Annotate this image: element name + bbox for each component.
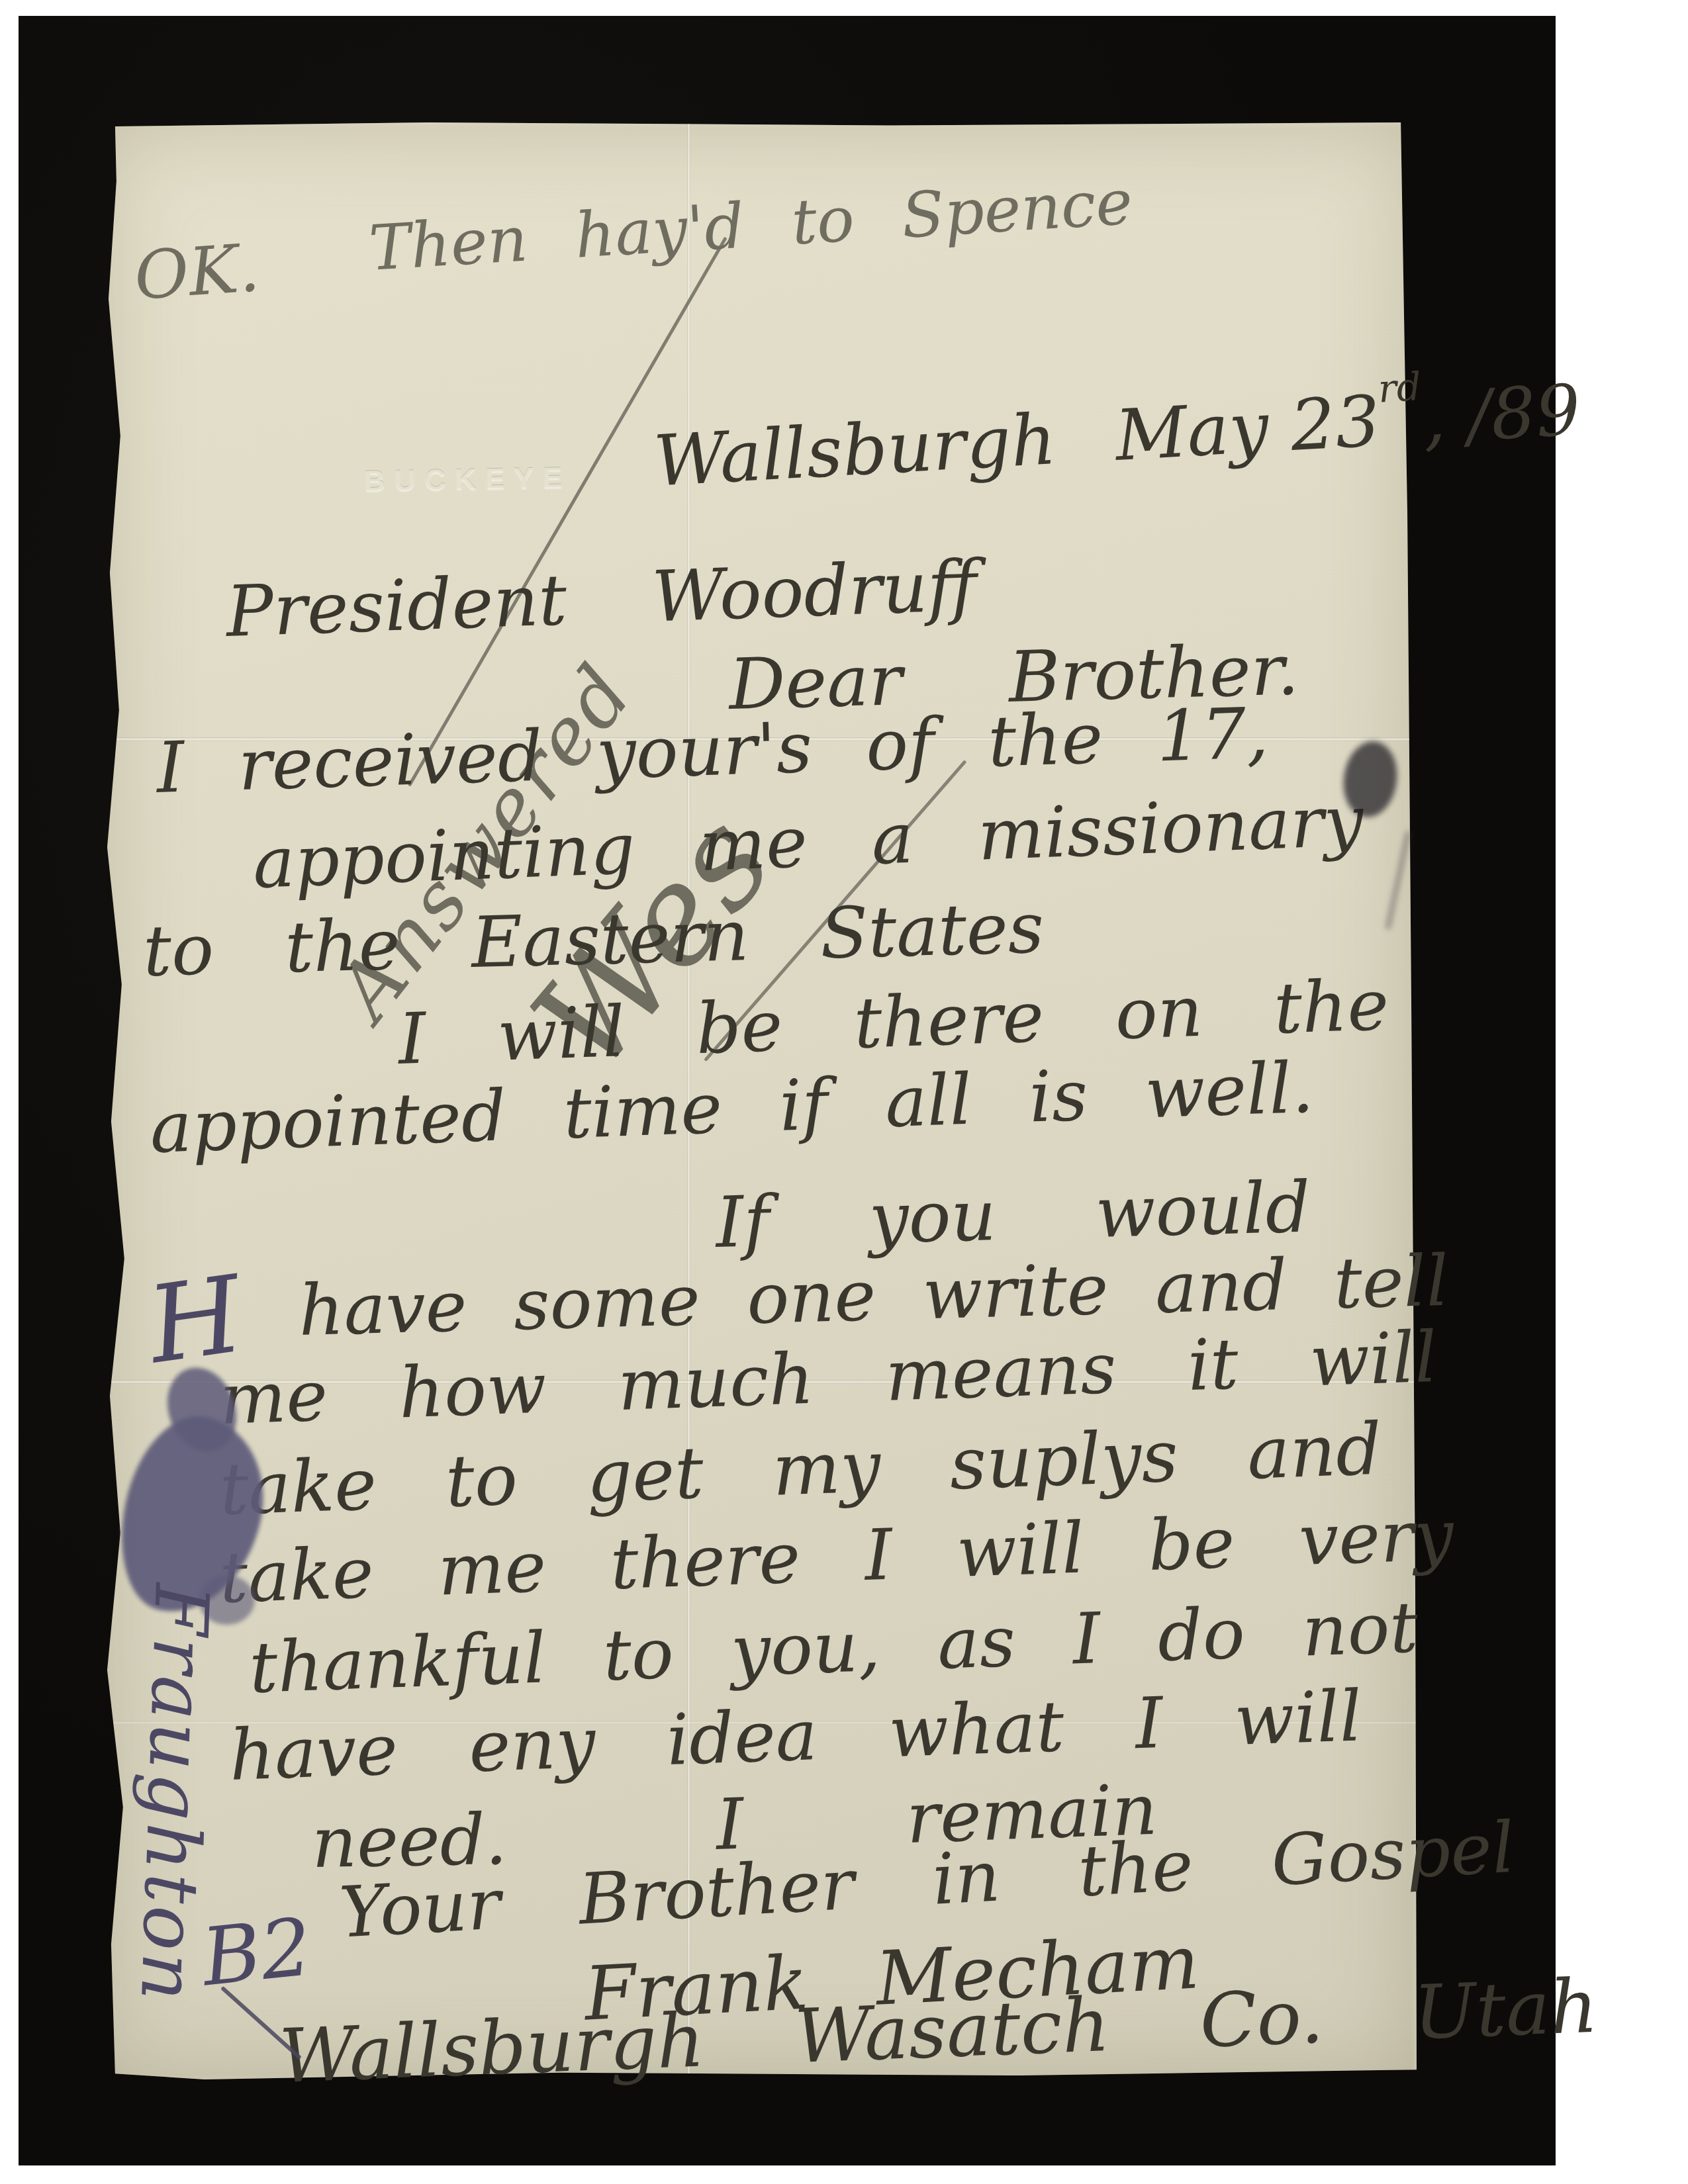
scanned-letter-page: BUCKEYE OK. Then hay'd to Spence Answere…: [0, 0, 1688, 2184]
annotation-ok: OK.: [132, 235, 261, 310]
date-year: , /89: [1421, 369, 1582, 459]
margin-bottom-mark: B2: [199, 1908, 315, 1999]
margin-monogram: H: [142, 1261, 248, 1379]
date-ordinal: rd: [1377, 364, 1423, 412]
embossed-stationery-stamp: BUCKEYE: [364, 461, 572, 498]
date-text: May 23: [1113, 381, 1382, 477]
gap: [1057, 460, 1117, 463]
